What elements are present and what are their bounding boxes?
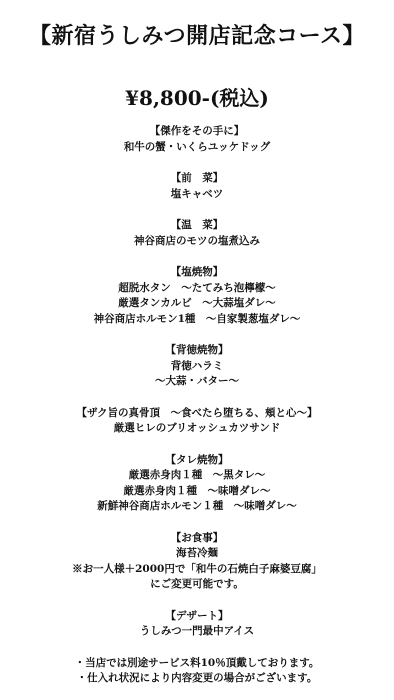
menu-item: ～大蒜・バター～ — [0, 374, 394, 390]
menu-item: 超脱水タン ～たてみち泡檸檬～ — [0, 281, 394, 297]
menu-section-dessert: 【デザート】 うしみつ一門最中アイス — [0, 609, 394, 640]
menu-item: 背徳ハラミ — [0, 359, 394, 375]
service-charge-note: ・当店では別途サービス料10％頂戴しております。 — [0, 656, 394, 672]
content-change-note: ・仕入れ状況により内容変更の場合がございます。 — [0, 671, 394, 687]
section-heading: 【傑作をその手に】 — [0, 124, 394, 140]
section-heading: 【デザート】 — [0, 609, 394, 625]
section-heading: 【タレ焼物】 — [0, 453, 394, 469]
menu-section-appetizer: 【前 菜】 塩キャベツ — [0, 171, 394, 202]
menu-item: 塩キャベツ — [0, 187, 394, 203]
section-heading: 【塩焼物】 — [0, 265, 394, 281]
section-heading: 【お食事】 — [0, 531, 394, 547]
menu-section-katsu-sando: 【ザク旨の真骨頂 ～食べたら堕ちる、頬と心～】 厳選ヒレのブリオッシュカツサンド — [0, 406, 394, 437]
menu-section-meal: 【お食事】 海苔冷麺 ※お一人様＋2000円で「和牛の石焼白子麻婆豆腐」 にご変… — [0, 531, 394, 593]
menu-item: 和牛の蟹・いくらユッケドッグ — [0, 140, 394, 156]
menu-item-note: ※お一人様＋2000円で「和牛の石焼白子麻婆豆腐」 — [0, 562, 394, 578]
menu-item: 厳選赤身肉１種 ～黒タレ～ — [0, 468, 394, 484]
section-heading: 【ザク旨の真骨頂 ～食べたら堕ちる、頬と心～】 — [0, 406, 394, 422]
menu-item: 新鮮神谷商店ホルモン１種 ～味噌ダレ～ — [0, 499, 394, 515]
menu-item: 神谷商店ホルモン1種 ～自家製葱塩ダレ～ — [0, 312, 394, 328]
course-price: ¥8,800-(税込) — [0, 85, 394, 111]
menu-item: 海苔冷麺 — [0, 546, 394, 562]
menu-item-note: にご変更可能です。 — [0, 577, 394, 593]
menu-item: うしみつ一門最中アイス — [0, 624, 394, 640]
menu-section-salt-grill: 【塩焼物】 超脱水タン ～たてみち泡檸檬～ 厳選タンカルビ ～大蒜塩ダレ～ 神谷… — [0, 265, 394, 327]
menu-item: 厳選ヒレのブリオッシュカツサンド — [0, 421, 394, 437]
course-title: 【新宿うしみつ開店記念コース】 — [0, 22, 394, 50]
menu-item: 神谷商店のモツの塩煮込み — [0, 234, 394, 250]
section-heading: 【前 菜】 — [0, 171, 394, 187]
menu-section-indulgent-grill: 【背徳焼物】 背徳ハラミ ～大蒜・バター～ — [0, 343, 394, 390]
menu-section-sauce-grill: 【タレ焼物】 厳選赤身肉１種 ～黒タレ～ 厳選赤身肉１種 ～味噌ダレ～ 新鮮神谷… — [0, 453, 394, 515]
menu-item: 厳選赤身肉１種 ～味噌ダレ～ — [0, 484, 394, 500]
menu-list: 【傑作をその手に】 和牛の蟹・いくらユッケドッグ 【前 菜】 塩キャベツ 【温 … — [0, 124, 394, 687]
section-heading: 【温 菜】 — [0, 218, 394, 234]
menu-section-warm-dish: 【温 菜】 神谷商店のモツの塩煮込み — [0, 218, 394, 249]
menu-item: 厳選タンカルビ ～大蒜塩ダレ～ — [0, 296, 394, 312]
section-heading: 【背徳焼物】 — [0, 343, 394, 359]
menu-section-starter-special: 【傑作をその手に】 和牛の蟹・いくらユッケドッグ — [0, 124, 394, 155]
footer-notes: ・当店では別途サービス料10％頂戴しております。 ・仕入れ状況により内容変更の場… — [0, 656, 394, 687]
